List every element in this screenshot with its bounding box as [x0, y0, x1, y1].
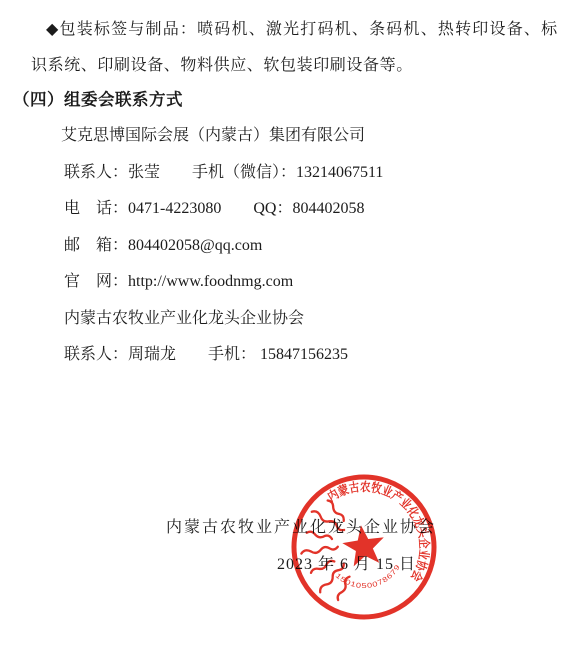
official-seal: 内蒙古农牧业产业化龙头企业协会 1501050078679 — [268, 451, 460, 643]
body-paragraph-line-2: 识系统、印刷设备、物料供应、软包装印刷设备等。 — [31, 56, 413, 76]
contact-line-website: 官 网：http://www.foodnmg.com — [64, 272, 293, 292]
contact-line-person-2: 联系人：周瑞龙 手机： 15847156235 — [64, 345, 348, 365]
contact-line-person-1: 联系人：张莹 手机（微信）：13214067511 — [64, 163, 383, 183]
contact-line-phone: 电 话：0471-4223080 QQ：804402058 — [64, 199, 364, 219]
contact-line-email: 邮 箱：804402058@qq.com — [64, 236, 262, 256]
star-icon — [340, 522, 387, 567]
contact-line-association: 内蒙古农牧业产业化龙头企业协会 — [64, 309, 304, 329]
section-heading: （四）组委会联系方式 — [13, 90, 183, 111]
contact-line-company: 艾克思博国际会展（内蒙古）集团有限公司 — [61, 126, 365, 146]
document-page: ◆包装标签与制品：喷码机、激光打码机、条码机、热转印设备、标 识系统、印刷设备、… — [0, 0, 580, 659]
body-paragraph-line-1: ◆包装标签与制品：喷码机、激光打码机、条码机、热转印设备、标 — [46, 20, 558, 40]
